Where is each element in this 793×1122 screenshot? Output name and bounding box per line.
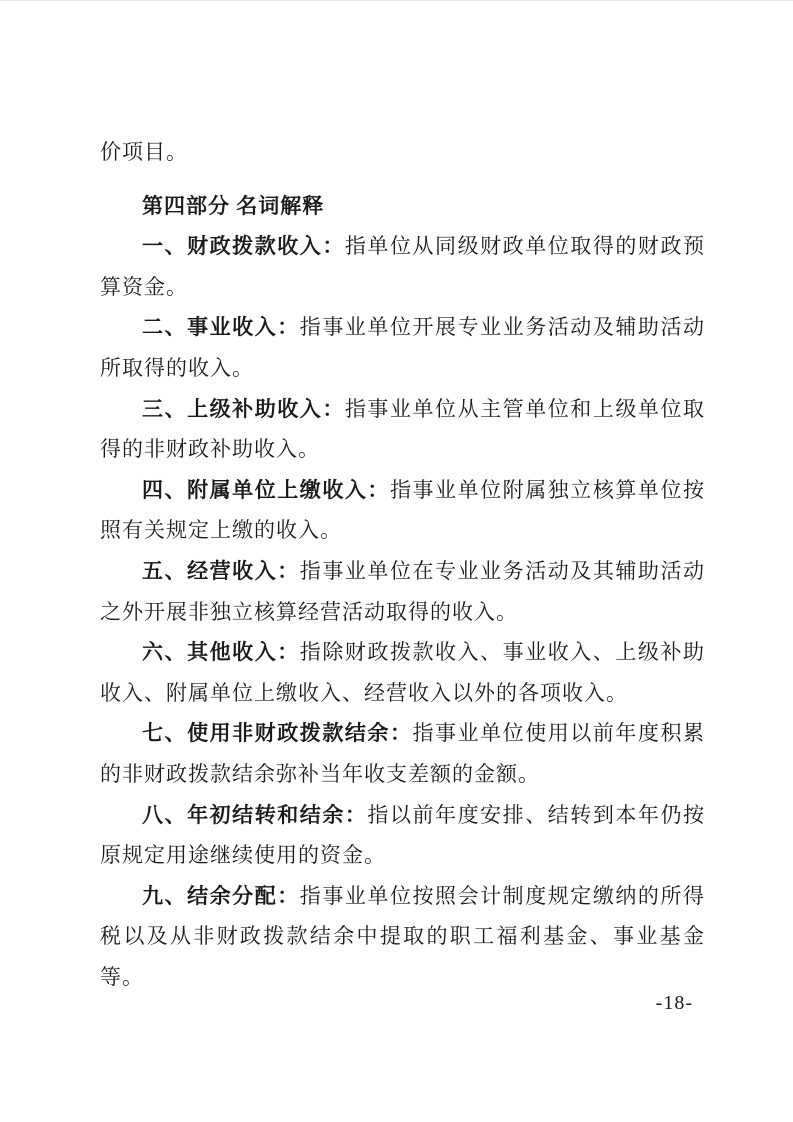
term-label: 三、上级补助收入： (142, 397, 345, 421)
term-label: 八、年初结转和结余： (142, 803, 367, 827)
glossary-paragraph: 一、财政拨款收入：指单位从同级财政单位取得的财政预算资金。 (100, 226, 705, 307)
glossary-paragraph: 七、使用非财政拨款结余：指事业单位使用以前年度积累的非财政拨款结余弥补当年收支差… (100, 713, 705, 794)
glossary-paragraph: 五、经营收入：指事业单位在专业业务活动及其辅助活动之外开展非独立核算经营活动取得… (100, 551, 705, 632)
paragraph-continuation: 价项目。 (100, 132, 705, 173)
term-label: 一、财政拨款收入： (142, 234, 345, 258)
glossary-paragraph: 九、结余分配：指事业单位按照会计制度规定缴纳的所得税以及从非财政拨款结余中提取的… (100, 876, 705, 998)
term-label: 九、结余分配： (142, 884, 300, 908)
term-label: 五、经营收入： (142, 559, 300, 583)
section-heading: 第四部分 名词解释 (100, 186, 705, 227)
term-label: 二、事业收入： (142, 315, 300, 339)
glossary-paragraph: 四、附属单位上缴收入：指事业单位附属独立核算单位按照有关规定上缴的收入。 (100, 470, 705, 551)
page-content: 价项目。 第四部分 名词解释 一、财政拨款收入：指单位从同级财政单位取得的财政预… (100, 132, 705, 997)
glossary-paragraph: 三、上级补助收入：指事业单位从主管单位和上级单位取得的非财政补助收入。 (100, 389, 705, 470)
glossary-paragraph: 八、年初结转和结余：指以前年度安排、结转到本年仍按原规定用途继续使用的资金。 (100, 795, 705, 876)
glossary-paragraph: 六、其他收入：指除财政拨款收入、事业收入、上级补助收入、附属单位上缴收入、经营收… (100, 632, 705, 713)
document-page: 价项目。 第四部分 名词解释 一、财政拨款收入：指单位从同级财政单位取得的财政预… (0, 0, 793, 1122)
page-number: -18- (656, 992, 693, 1015)
glossary-paragraph: 二、事业收入：指事业单位开展专业业务活动及辅助活动所取得的收入。 (100, 307, 705, 388)
term-label: 七、使用非财政拨款结余： (142, 721, 413, 745)
term-label: 六、其他收入： (142, 640, 300, 664)
term-label: 四、附属单位上缴收入： (142, 478, 390, 502)
